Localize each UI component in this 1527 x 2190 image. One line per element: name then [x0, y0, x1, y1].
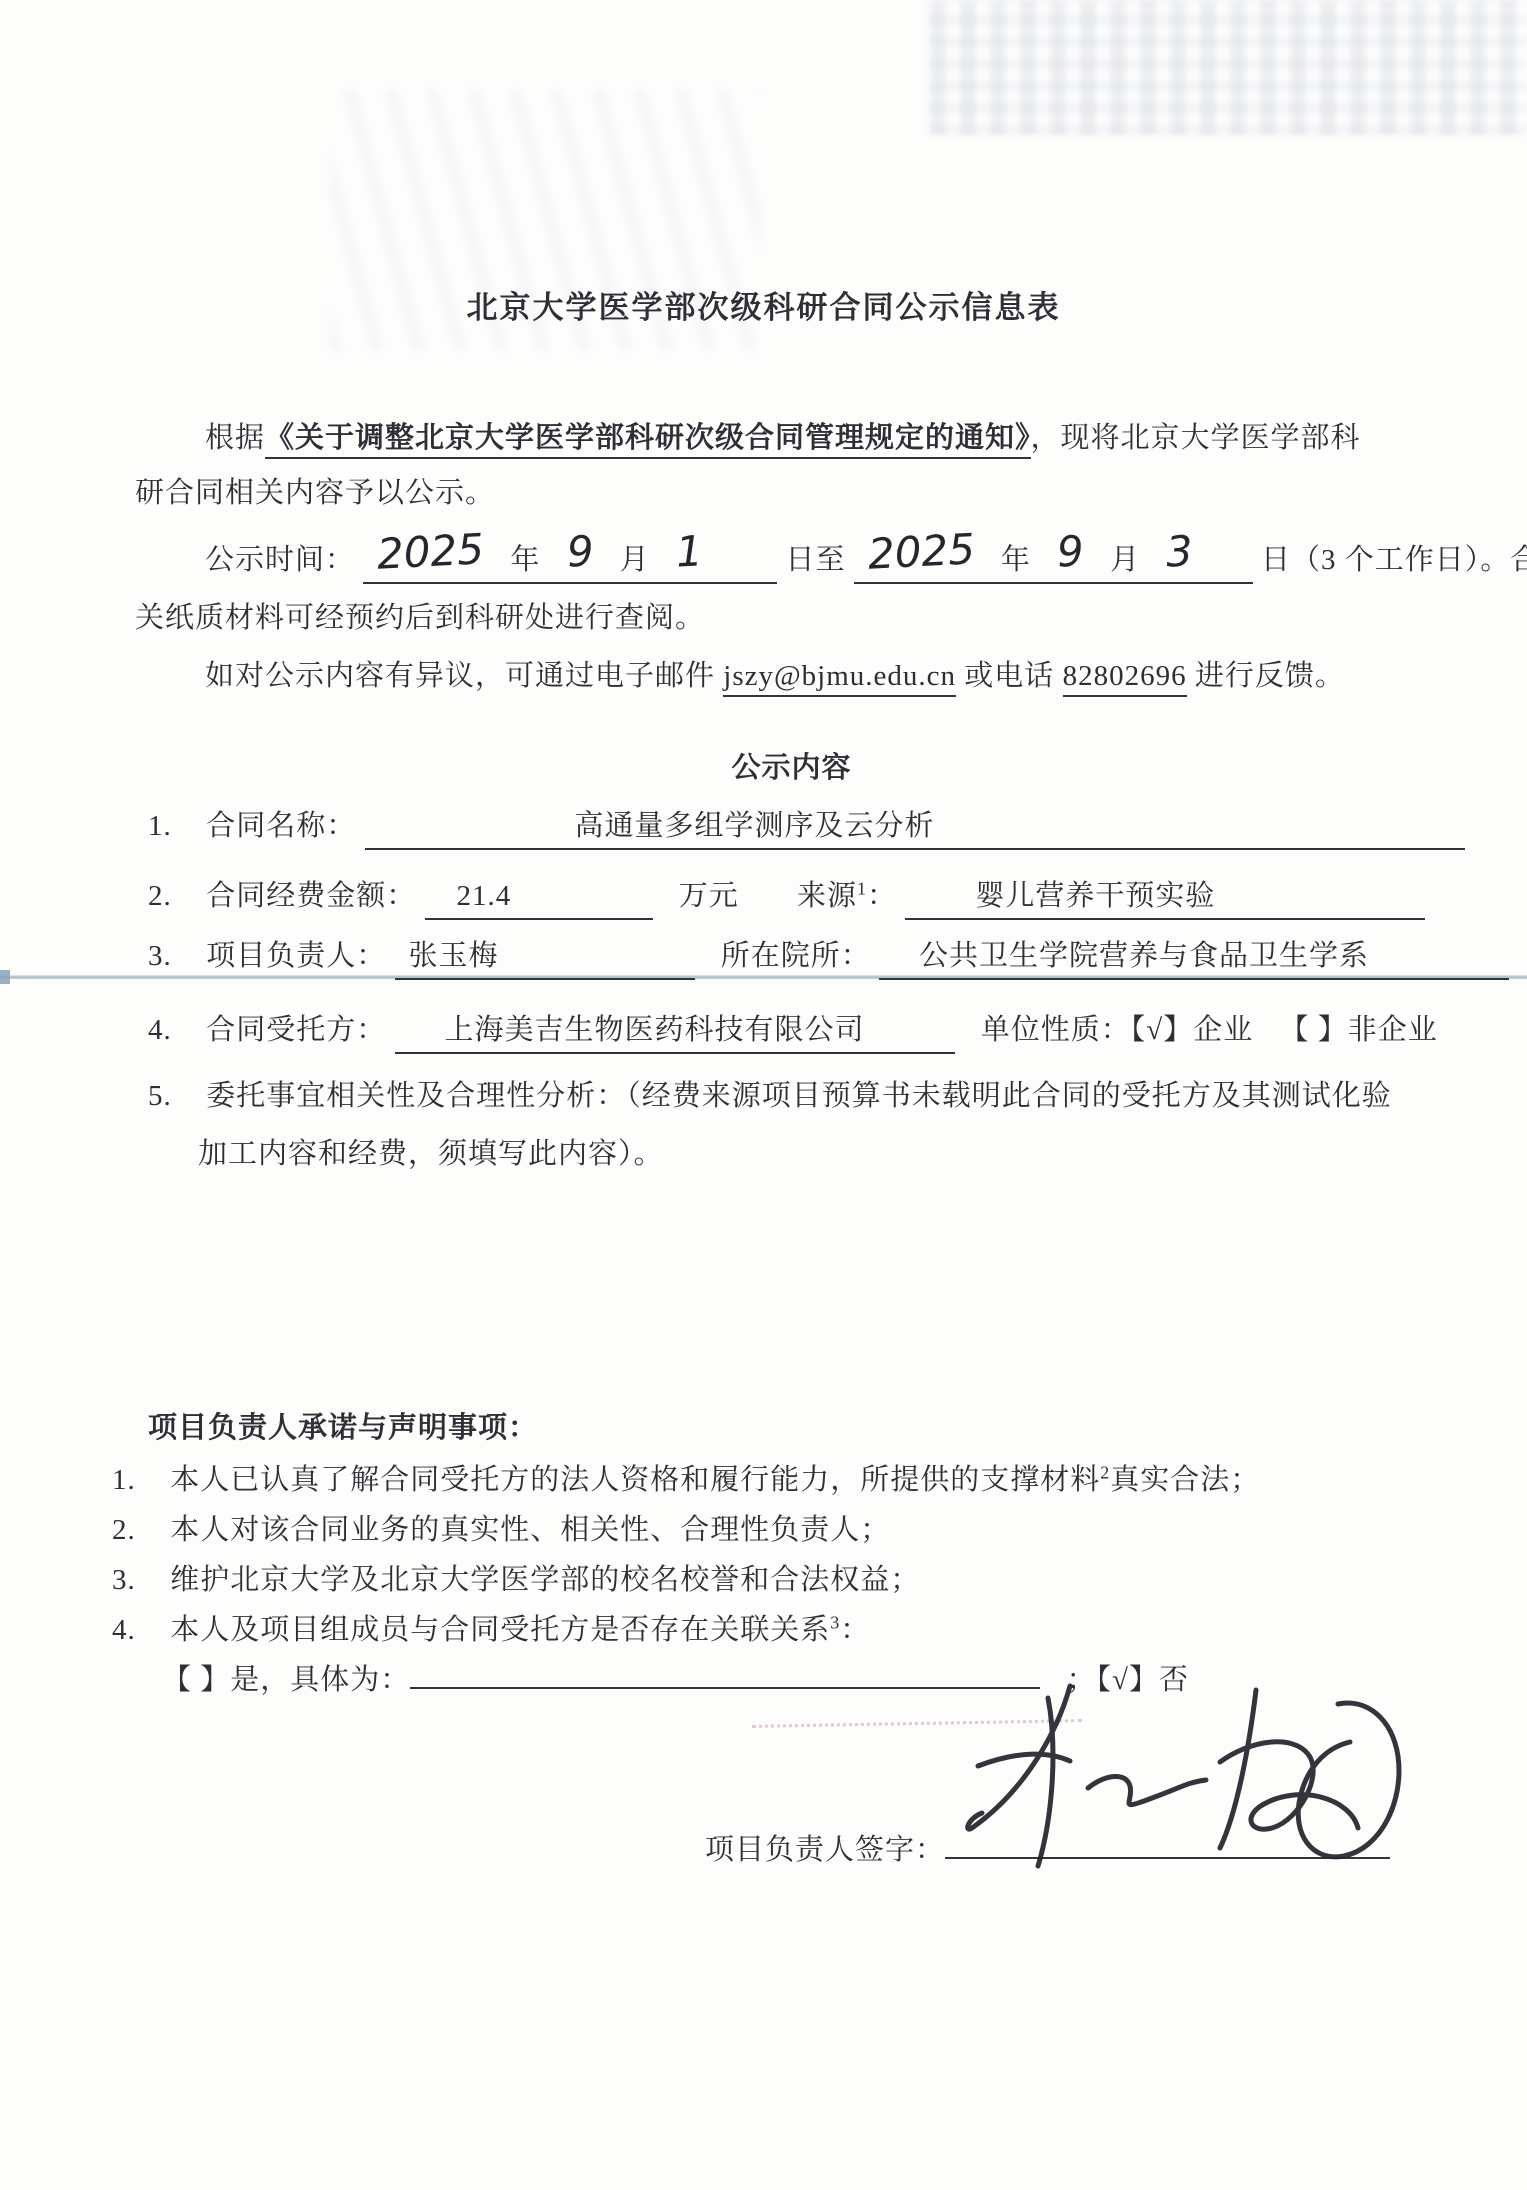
trustee-label: 合同受托方： — [206, 1014, 386, 1046]
project-leader-value: 张玉梅 — [409, 938, 499, 974]
pledge-item-1-tail: 真实合法； — [1110, 1464, 1260, 1496]
project-leader-blank: 张玉梅 — [395, 938, 695, 980]
period-start-blank: 2025 年 9 月 1 — [363, 542, 777, 584]
department-value: 公共卫生学院营养与食品卫生学系 — [919, 938, 1369, 974]
department-blank: 公共卫生学院营养与食品卫生学系 — [879, 938, 1509, 980]
source-value: 婴儿营养干预实验 — [975, 878, 1215, 914]
handwritten-start-month: 9 — [566, 542, 594, 561]
relevance-analysis-row: 5. 委托事宜相关性及合理性分析：（经费来源项目预算书未载明此合同的受托方及其测… — [148, 1078, 1392, 1114]
contract-amount-blank: 21.4 — [425, 878, 653, 920]
contract-name-value: 高通量多组学测序及云分析 — [575, 808, 935, 844]
item-number: 2. — [112, 1512, 162, 1548]
year-unit: 年 — [510, 544, 540, 576]
item-number: 4. — [148, 1012, 198, 1048]
handwritten-start-day: 1 — [675, 542, 703, 561]
ink-bleed-through-top — [930, 0, 1527, 135]
intro-line-1: 根据《关于调整北京大学医学部科研次级合同管理规定的通知》，现将北京大学医学部科 — [205, 420, 1361, 456]
intro-suffix: ，现将北京大学医学部科 — [1031, 422, 1361, 454]
feedback-between: 或电话 — [956, 660, 1063, 692]
handwritten-end-day: 3 — [1166, 542, 1194, 561]
page-title: 北京大学医学部次级科研合同公示信息表 — [0, 290, 1527, 326]
feedback-email: jszy@bjmu.edu.cn — [723, 660, 956, 697]
pledge-item-2: 2. 本人对该合同业务的真实性、相关性、合理性负责人； — [112, 1512, 890, 1548]
item-number: 5. — [148, 1078, 198, 1114]
scan-fold-tick — [0, 970, 10, 984]
pledge-item-2-text: 本人对该合同业务的真实性、相关性、合理性负责人； — [170, 1514, 890, 1546]
notice-title: 《关于调整北京大学医学部科研次级合同管理规定的通知》 — [265, 422, 1031, 459]
trustee-value: 上海美吉生物医药科技有限公司 — [445, 1012, 865, 1048]
relevance-analysis-line2: 加工内容和经费，须填写此内容）。 — [198, 1136, 664, 1172]
period-label: 公示时间： — [205, 544, 355, 576]
checkbox-non-enterprise: 【 】非企业 — [1279, 1014, 1437, 1046]
contract-name-row: 1. 合同名称： 高通量多组学测序及云分析 — [148, 808, 1465, 850]
source-blank: 婴儿营养干预实验 — [905, 878, 1425, 920]
period-end-blank: 2025 年 9 月 3 — [854, 542, 1253, 584]
handwritten-start-year: 2025 — [377, 540, 485, 564]
period-tail: 日（3 个工作日）。合同相 — [1261, 544, 1527, 576]
source-label: 来源 — [797, 880, 857, 912]
pledge-item-3: 3. 维护北京大学及北京大学医学部的校名校誉和合法权益； — [112, 1562, 920, 1598]
intro-prefix: 根据 — [205, 422, 265, 454]
year-unit-2: 年 — [1001, 544, 1031, 576]
project-leader-row: 3. 项目负责人： 张玉梅 所在院所： 公共卫生学院营养与食品卫生学系 — [148, 938, 1509, 980]
pledge-item-4: 4. 本人及项目组成员与合同受托方是否存在关联关系3： — [112, 1612, 870, 1648]
item-number: 1. — [148, 808, 198, 844]
trustee-blank: 上海美吉生物医药科技有限公司 — [395, 1012, 955, 1054]
feedback-before: 如对公示内容有异议，可通过电子邮件 — [205, 660, 723, 692]
project-leader-label: 项目负责人： — [206, 940, 386, 972]
handwritten-end-month: 9 — [1057, 542, 1085, 561]
contract-amount-value: 21.4 — [457, 878, 512, 914]
feedback-phone: 82802696 — [1063, 660, 1187, 697]
item-number: 1. — [112, 1462, 162, 1498]
publicity-period-line: 公示时间： 2025 年 9 月 1 日至 2025 年 9 月 3 日（3 个… — [205, 542, 1527, 584]
contract-name-blank: 高通量多组学测序及云分析 — [365, 808, 1465, 850]
department-label: 所在院所： — [721, 940, 871, 972]
contract-amount-label: 合同经费金额： — [206, 880, 416, 912]
feedback-after: 进行反馈。 — [1187, 660, 1345, 692]
handwritten-signature — [920, 1668, 1440, 1883]
amount-unit: 万元 — [679, 880, 739, 912]
pledge-item-3-text: 维护北京大学及北京大学医学部的校名校誉和合法权益； — [170, 1564, 920, 1596]
footnote-marker-3: 3 — [830, 1612, 840, 1632]
handwritten-end-year: 2025 — [867, 540, 975, 564]
footnote-marker-2: 2 — [1100, 1462, 1110, 1482]
period-to: 日至 — [786, 544, 846, 576]
checkbox-yes: 【 】是，具体为： — [162, 1664, 410, 1696]
item-number: 4. — [112, 1612, 162, 1648]
checkbox-enterprise: 【√】企业 — [1131, 1014, 1253, 1046]
contract-amount-row: 2. 合同经费金额： 21.4 万元 来源1： 婴儿营养干预实验 — [148, 878, 1425, 920]
contract-trustee-row: 4. 合同受托方： 上海美吉生物医药科技有限公司 单位性质：【√】企业 【 】非… — [148, 1012, 1438, 1054]
item-number: 3. — [112, 1562, 162, 1598]
entity-nature-label: 单位性质： — [981, 1014, 1131, 1046]
intro-line-2: 研合同相关内容予以公示。 — [135, 475, 495, 511]
relevance-analysis-line1: 委托事宜相关性及合理性分析：（经费来源项目预算书未载明此合同的受托方及其测试化验 — [206, 1080, 1392, 1112]
month-unit-2: 月 — [1110, 544, 1140, 576]
pledge-heading: 项目负责人承诺与声明事项： — [148, 1410, 538, 1446]
publicity-period-line-2: 关纸质材料可经预约后到科研处进行查阅。 — [135, 600, 705, 636]
item-number: 2. — [148, 878, 198, 914]
feedback-line: 如对公示内容有异议，可通过电子邮件 jszy@bjmu.edu.cn 或电话 8… — [205, 658, 1345, 694]
scanned-document-page: 北京大学医学部次级科研合同公示信息表 根据《关于调整北京大学医学部科研次级合同管… — [0, 0, 1527, 2190]
item-number: 3. — [148, 938, 198, 974]
pledge-item-1-text: 本人已认真了解合同受托方的法人资格和履行能力，所提供的支撑材料 — [170, 1464, 1100, 1496]
source-colon: ： — [867, 880, 897, 912]
pledge-item-4-tail: ： — [840, 1614, 870, 1646]
pledge-item-4-text: 本人及项目组成员与合同受托方是否存在关联关系 — [170, 1614, 830, 1646]
source-footnote-marker: 1 — [857, 878, 867, 898]
signature-label: 项目负责人签字： — [705, 1834, 945, 1866]
pledge-item-1: 1. 本人已认真了解合同受托方的法人资格和履行能力，所提供的支撑材料2真实合法； — [112, 1462, 1260, 1498]
content-section-heading: 公示内容 — [28, 750, 1527, 786]
month-unit: 月 — [620, 544, 650, 576]
contract-name-label: 合同名称： — [206, 810, 356, 842]
